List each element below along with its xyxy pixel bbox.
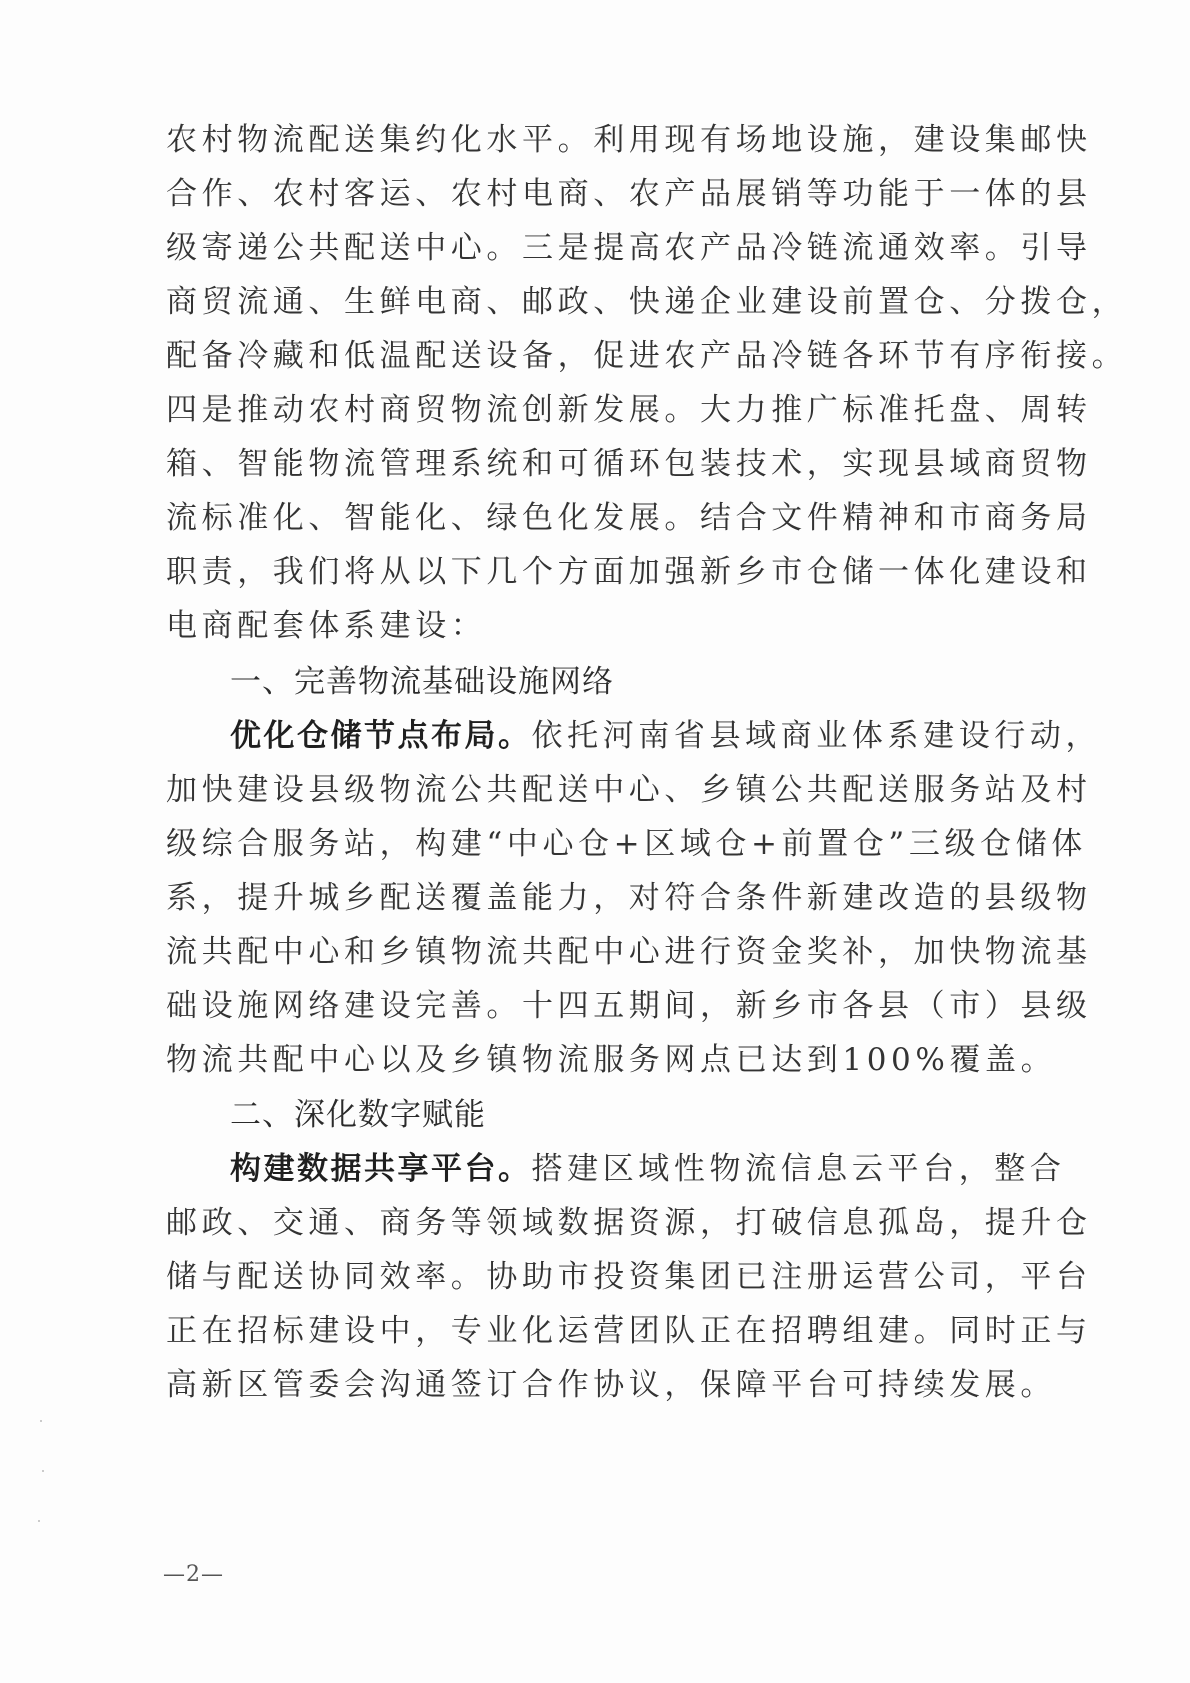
body-line: 级综合服务站，构建“中心仓+区域仓+前置仓”三级仓储体 bbox=[166, 824, 1016, 864]
paragraph-first-line: 优化仓储节点布局。依托河南省县域商业体系建设行动， bbox=[230, 716, 1080, 756]
scan-speck bbox=[42, 1470, 44, 1472]
scan-speck bbox=[38, 1520, 40, 1522]
body-line: 电商配套体系建设： bbox=[166, 606, 1016, 646]
paragraph-first-line: 构建数据共享平台。搭建区域性物流信息云平台，整合 bbox=[230, 1149, 1080, 1189]
body-line: 合作、农村客运、农村电商、农产品展销等功能于一体的县 bbox=[166, 174, 1016, 214]
scan-speck bbox=[40, 1420, 42, 1422]
body-line: 职责，我们将从以下几个方面加强新乡市仓储一体化建设和 bbox=[166, 552, 1016, 592]
section-heading-1: 一、完善物流基础设施网络 bbox=[230, 662, 1080, 702]
body-line: 农村物流配送集约化水平。利用现有场地设施，建设集邮快 bbox=[166, 120, 1016, 160]
paragraph-lead: 构建数据共享平台。 bbox=[230, 1151, 532, 1187]
body-line: 箱、智能物流管理系统和可循环包装技术，实现县域商贸物 bbox=[166, 444, 1016, 484]
body-line: 础设施网络建设完善。十四五期间，新乡市各县（市）县级 bbox=[166, 986, 1016, 1026]
body-line: 正在招标建设中，专业化运营团队正在招聘组建。同时正与 bbox=[166, 1311, 1016, 1351]
section-heading-2: 二、深化数字赋能 bbox=[230, 1095, 1080, 1135]
paragraph-text: 依托河南省县域商业体系建设行动， bbox=[532, 718, 1102, 754]
body-line: 物流共配中心以及乡镇物流服务网点已达到100%覆盖。 bbox=[166, 1040, 1016, 1080]
body-line: 商贸流通、生鲜电商、邮政、快递企业建设前置仓、分拨仓， bbox=[166, 282, 1016, 322]
body-line: 储与配送协同效率。协助市投资集团已注册运营公司，平台 bbox=[166, 1257, 1016, 1297]
body-line: 配备冷藏和低温配送设备，促进农产品冷链各环节有序衔接。 bbox=[166, 336, 1016, 376]
body-line: 系，提升城乡配送覆盖能力，对符合条件新建改造的县级物 bbox=[166, 878, 1016, 918]
page-number: —2— bbox=[163, 1562, 224, 1587]
body-line: 高新区管委会沟通签订合作协议，保障平台可持续发展。 bbox=[166, 1365, 1016, 1405]
paragraph-lead: 优化仓储节点布局。 bbox=[230, 718, 532, 754]
document-page: 农村物流配送集约化水平。利用现有场地设施，建设集邮快 合作、农村客运、农村电商、… bbox=[0, 0, 1190, 1683]
body-line: 级寄递公共配送中心。三是提高农产品冷链流通效率。引导 bbox=[166, 228, 1016, 268]
body-line: 四是推动农村商贸物流创新发展。大力推广标准托盘、周转 bbox=[166, 390, 1016, 430]
paragraph-text: 搭建区域性物流信息云平台，整合 bbox=[532, 1151, 1066, 1187]
body-line: 加快建设县级物流公共配送中心、乡镇公共配送服务站及村 bbox=[166, 770, 1016, 810]
body-line: 流标准化、智能化、绿色化发展。结合文件精神和市商务局 bbox=[166, 498, 1016, 538]
body-line: 流共配中心和乡镇物流共配中心进行资金奖补，加快物流基 bbox=[166, 932, 1016, 972]
body-line: 邮政、交通、商务等领域数据资源，打破信息孤岛，提升仓 bbox=[166, 1203, 1016, 1243]
